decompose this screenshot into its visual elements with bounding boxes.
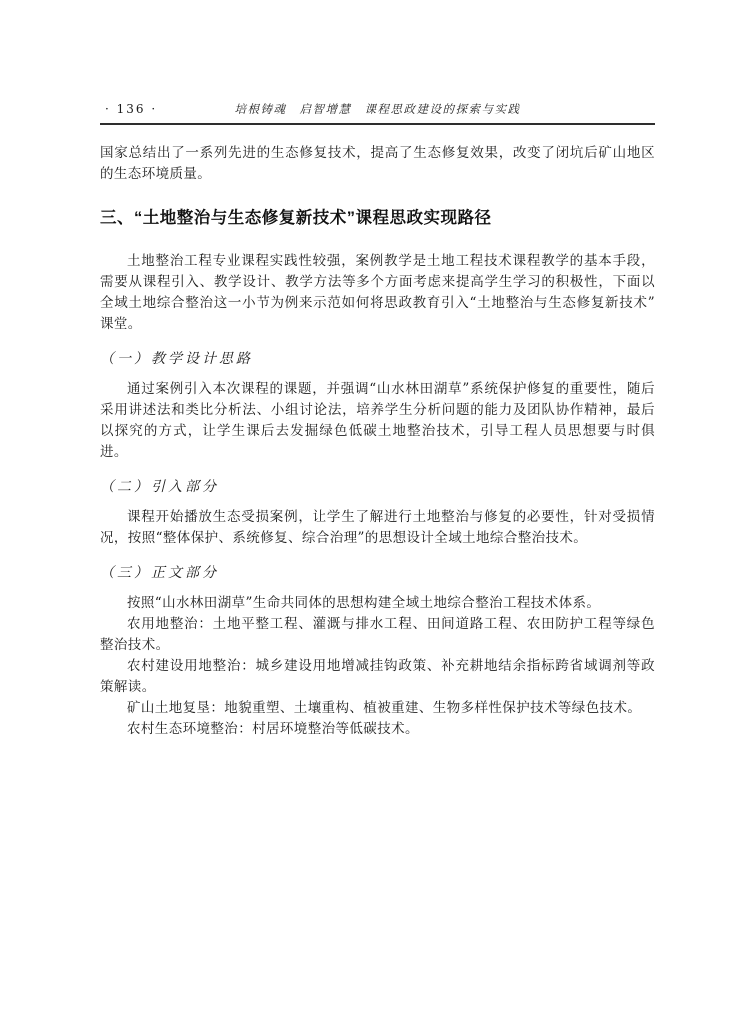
subsection-3-paragraph-2: 农用地整治：土地平整工程、灌溉与排水工程、田间道路工程、农田防护工程等绿色整治技… [100,614,655,656]
running-title: 培根铸魂 启智增慧 课程思政建设的探索与实践 [100,101,655,117]
page-header: · 136 · 培根铸魂 启智增慧 课程思政建设的探索与实践 [100,101,655,117]
book-page: · 136 · 培根铸魂 启智增慧 课程思政建设的探索与实践 国家总结出了一系列… [0,0,747,1031]
subsection-3-paragraph-3: 农村建设用地整治：城乡建设用地增减挂钩政策、补充耕地结余指标跨省域调剂等政策解读… [100,656,655,698]
subsection-main-text-part: （三）正文部分 按照“山水林田湖草”生命共同体的思想构建全域土地综合整治工程技术… [100,564,655,740]
subsection-introduction-part: （二）引入部分 课程开始播放生态受损案例，让学生了解进行土地整治与修复的必要性，… [100,478,655,549]
page-body: 国家总结出了一系列先进的生态修复技术，提高了生态修复效果，改变了闭坑后矿山地区的… [100,143,655,740]
subsection-teaching-design: （一）教学设计思路 通过案例引入本次课程的课题，并强调“山水林田湖草”系统保护修… [100,350,655,463]
subsection-heading-1: （一）教学设计思路 [100,350,655,369]
page-number: · 136 · [105,102,157,116]
subsection-3-paragraph-5: 农村生态环境整治：村居环境整治等低碳技术。 [100,719,655,740]
section-intro-paragraph: 土地整治工程专业课程实践性较强，案例教学是土地工程技术课程教学的基本手段，需要从… [100,251,655,335]
subsection-heading-3: （三）正文部分 [100,564,655,583]
subsection-3-paragraph-1: 按照“山水林田湖草”生命共同体的思想构建全域土地综合整治工程技术体系。 [100,593,655,614]
subsection-3-paragraph-4: 矿山土地复垦：地貌重塑、土壤重构、植被重建、生物多样性保护技术等绿色技术。 [100,698,655,719]
subsection-1-paragraph: 通过案例引入本次课程的课题，并强调“山水林田湖草”系统保护修复的重要性，随后采用… [100,379,655,463]
section-heading: 三、“土地整治与生态修复新技术”课程思政实现路径 [100,207,655,229]
subsection-heading-2: （二）引入部分 [100,478,655,497]
header-rule [100,123,655,125]
intro-paragraph: 国家总结出了一系列先进的生态修复技术，提高了生态修复效果，改变了闭坑后矿山地区的… [100,143,655,185]
subsection-2-paragraph: 课程开始播放生态受损案例，让学生了解进行土地整治与修复的必要性，针对受损情况，按… [100,507,655,549]
